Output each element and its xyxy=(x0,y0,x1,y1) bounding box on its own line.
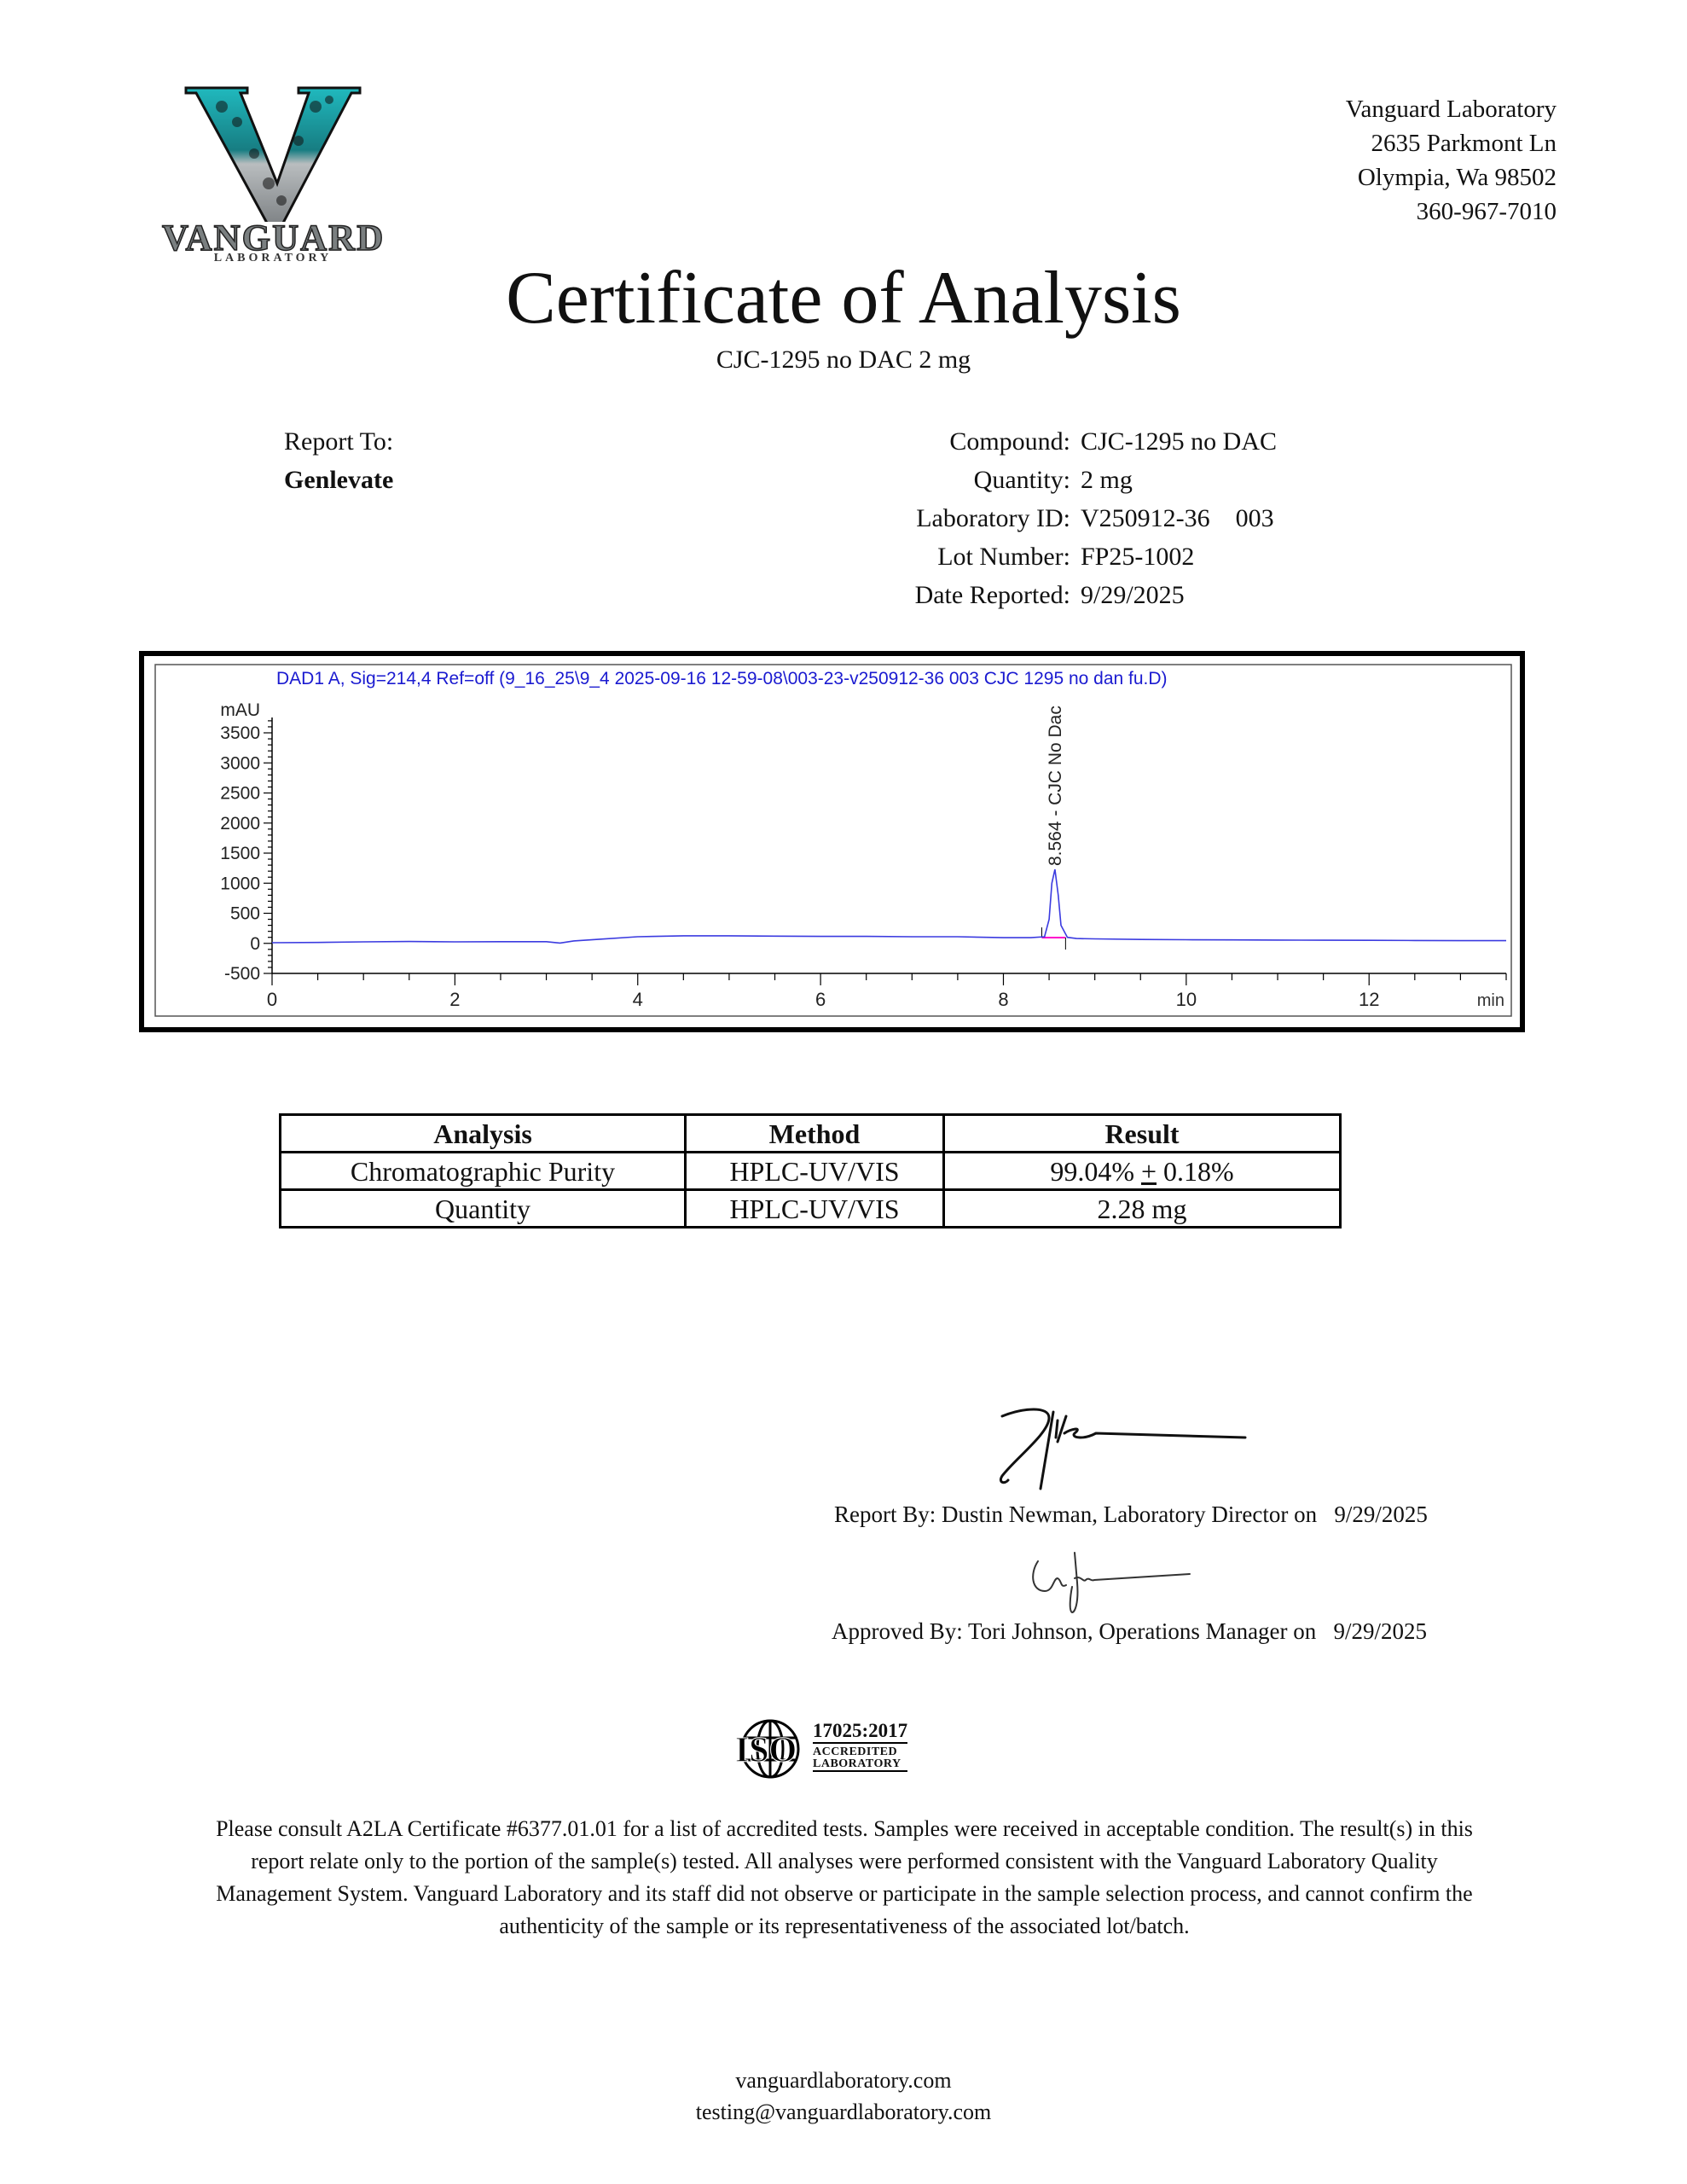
chromatogram-plot: DAD1 A, Sig=214,4 Ref=off (9_16_25\9_4 2… xyxy=(144,656,1520,1027)
svg-text:min: min xyxy=(1477,991,1504,1010)
report-to-label: Report To: xyxy=(284,422,393,461)
svg-text:mAU: mAU xyxy=(220,700,260,720)
iso-accreditation-badge: ISO 17025:2017 ACCREDITED LABORATORY xyxy=(723,1717,928,1781)
iso-standard: 17025:2017 xyxy=(813,1721,907,1744)
director-signature xyxy=(989,1399,1262,1493)
info-row-lab-id: Laboratory ID:V250912-36 003 xyxy=(768,499,1277,537)
footer-email[interactable]: testing@vanguardlaboratory.com xyxy=(0,2096,1687,2128)
svg-text:DAD1 A, Sig=214,4 Ref=off (9_1: DAD1 A, Sig=214,4 Ref=off (9_16_25\9_4 2… xyxy=(276,669,1168,688)
svg-text:3500: 3500 xyxy=(220,723,260,743)
report-by-line: Report By: Dustin Newman, Laboratory Dir… xyxy=(834,1501,1428,1528)
chromatogram: DAD1 A, Sig=214,4 Ref=off (9_16_25\9_4 2… xyxy=(139,651,1525,1032)
approved-by-line: Approved By: Tori Johnson, Operations Ma… xyxy=(832,1618,1427,1645)
header-result: Result xyxy=(944,1115,1341,1153)
svg-text:6: 6 xyxy=(815,989,826,1010)
lab-address: Vanguard Laboratory 2635 Parkmont Ln Oly… xyxy=(1346,92,1557,229)
table-row: Chromatographic Purity HPLC-UV/VIS 99.04… xyxy=(281,1153,1341,1190)
iso-laboratory: LABORATORY xyxy=(813,1758,907,1772)
approved-date: 9/29/2025 xyxy=(1334,1618,1428,1644)
manager-signature xyxy=(1028,1544,1215,1617)
header-method: Method xyxy=(686,1115,944,1153)
info-row-lot: Lot Number:FP25-1002 xyxy=(768,537,1277,576)
svg-text:8: 8 xyxy=(998,989,1008,1010)
svg-text:0: 0 xyxy=(267,989,277,1010)
header-analysis: Analysis xyxy=(281,1115,686,1153)
results-table: Analysis Method Result Chromatographic P… xyxy=(279,1113,1342,1228)
logo-v-icon xyxy=(162,81,384,222)
svg-text:ISO: ISO xyxy=(735,1731,797,1770)
table-row: Quantity HPLC-UV/VIS 2.28 mg xyxy=(281,1190,1341,1228)
page-subtitle: CJC-1295 no DAC 2 mg xyxy=(0,346,1687,375)
lab-name: Vanguard Laboratory xyxy=(1346,92,1557,126)
iso-accredited: ACCREDITED xyxy=(813,1746,907,1758)
svg-text:2: 2 xyxy=(449,989,460,1010)
sample-info: Compound:CJC-1295 no DAC Quantity:2 mg L… xyxy=(768,422,1277,614)
svg-text:-500: -500 xyxy=(224,964,260,984)
lab-city: Olympia, Wa 98502 xyxy=(1346,160,1557,195)
svg-text:12: 12 xyxy=(1359,989,1379,1010)
svg-text:1000: 1000 xyxy=(220,874,260,893)
svg-text:3000: 3000 xyxy=(220,753,260,773)
svg-text:2000: 2000 xyxy=(220,814,260,834)
iso-globe-icon: ISO xyxy=(723,1717,809,1781)
svg-text:0: 0 xyxy=(250,934,260,954)
report-to: Report To: Genlevate xyxy=(284,422,393,499)
disclaimer: Please consult A2LA Certificate #6377.01… xyxy=(154,1813,1535,1943)
info-row-compound: Compound:CJC-1295 no DAC xyxy=(768,422,1277,461)
info-row-quantity: Quantity:2 mg xyxy=(768,461,1277,499)
page-title: Certificate of Analysis xyxy=(0,256,1687,341)
info-row-date: Date Reported:9/29/2025 xyxy=(768,576,1277,614)
svg-text:500: 500 xyxy=(230,904,260,924)
client-name: Genlevate xyxy=(284,461,393,499)
lab-phone: 360-967-7010 xyxy=(1346,195,1557,229)
report-date: 9/29/2025 xyxy=(1334,1501,1428,1527)
svg-text:4: 4 xyxy=(633,989,643,1010)
svg-text:10: 10 xyxy=(1176,989,1197,1010)
lab-street: 2635 Parkmont Ln xyxy=(1346,126,1557,160)
svg-text:2500: 2500 xyxy=(220,784,260,804)
table-header-row: Analysis Method Result xyxy=(281,1115,1341,1153)
footer: vanguardlaboratory.com testing@vanguardl… xyxy=(0,2065,1687,2128)
svg-text:1500: 1500 xyxy=(220,844,260,863)
vanguard-logo: VANGUARD LABORATORY xyxy=(162,81,384,264)
footer-website[interactable]: vanguardlaboratory.com xyxy=(0,2065,1687,2096)
svg-text:8.564 - CJC No Dac: 8.564 - CJC No Dac xyxy=(1046,706,1065,866)
